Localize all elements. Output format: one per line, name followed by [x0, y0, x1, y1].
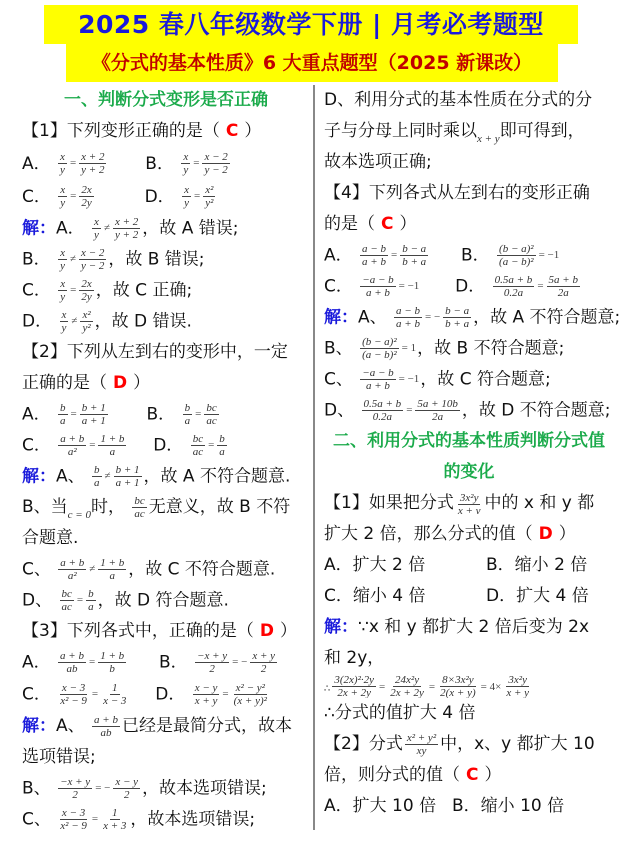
question-1-options-ab: A． xy=x + 2y + 2 B． xy=x − 2y − 2: [22, 147, 310, 180]
question-text: 中的 x 和 y 都: [485, 493, 595, 513]
numerator: 3x²y: [458, 492, 481, 505]
denominator: y: [58, 291, 67, 303]
option-label: B、: [324, 339, 353, 359]
denominator: (a − b)²: [497, 256, 536, 268]
denominator: 2: [259, 663, 269, 675]
fraction: 3x²yx + y: [504, 674, 531, 698]
fraction: a + ba²: [58, 557, 86, 582]
numerator: x² − y²: [234, 682, 267, 695]
s2-question-2-stem-line2: 倍，则分式的值（C）: [324, 760, 614, 791]
fraction: x² + y²xy: [405, 732, 438, 757]
fraction: bcac: [191, 433, 205, 458]
solution-text: ∵x 和 y 都扩大 2 倍后变为 2x: [358, 617, 589, 637]
denominator: (a − b)²: [360, 349, 399, 361]
numerator: 5a + b: [547, 274, 580, 287]
denominator: ac: [132, 508, 146, 520]
numerator: 1: [110, 807, 120, 820]
option-label: B．: [145, 154, 174, 174]
numerator: x²: [80, 309, 92, 322]
numerator: x − 2: [79, 247, 106, 260]
solution-2-b-line1: B、当c = 0时， bcac无意义，故 B 不符: [22, 492, 310, 523]
solution-1-d: D． xy≠x²y²，故 D 错误.: [22, 306, 310, 337]
paren-close: ）: [399, 214, 416, 234]
numerator: x: [58, 184, 67, 197]
fraction: ba: [183, 402, 193, 427]
denominator: y + 2: [113, 229, 140, 241]
denominator: ab: [65, 663, 80, 675]
fraction: x − 3x² − 9: [58, 682, 89, 707]
fraction: a + ba²: [58, 433, 86, 458]
denominator: y: [182, 197, 191, 209]
solution-text: ，故 B 错误;: [108, 250, 204, 270]
equals: =: [537, 280, 543, 292]
solution-3-a-line2: 选项错误;: [22, 742, 310, 773]
fraction: a + bab: [92, 714, 120, 739]
question-3-options-cd: C． x − 3x² − 9=1x − 3 D． x − yx + y=x² −…: [22, 678, 310, 711]
denominator: x + y: [193, 695, 220, 707]
numerator: x − 3: [60, 807, 87, 820]
s2-solution-1-conclusion: ∴分式的值扩大 4 倍: [324, 698, 614, 729]
numerator: bc: [60, 588, 74, 601]
fraction: xy: [60, 309, 69, 334]
option-label: A．: [324, 246, 353, 266]
denominator: b + a: [400, 256, 428, 268]
option-label: A、: [56, 716, 85, 736]
right-column: D、利用分式的基本性质在分式的分 子与分母上同时乘以x + y即可得到， 故本选…: [324, 85, 614, 822]
paren-close: ）: [280, 621, 297, 641]
equals: =: [89, 656, 95, 668]
answer-letter: D: [533, 524, 559, 544]
numerator: a + b: [58, 650, 86, 663]
solution-2-a: 解：A、 ba≠b + 1a + 1，故 A 不符合题意.: [22, 461, 310, 492]
denominator: y: [58, 164, 67, 176]
numerator: a − b: [360, 243, 388, 256]
denominator: y²: [80, 322, 92, 334]
denominator: 2y: [79, 197, 93, 209]
fraction: x² − y²(x + y)²: [232, 682, 269, 707]
fraction: x²y²: [203, 184, 215, 209]
fraction: b − ab + a: [400, 243, 428, 268]
fraction: 0.5a + b0.2a: [362, 398, 404, 423]
denominator: a + b: [360, 256, 388, 268]
question-text: 【1】下列变形正确的是（: [22, 121, 220, 141]
numerator: a + b: [92, 714, 120, 727]
option-label: D．: [455, 277, 485, 297]
option-label: A．: [22, 405, 51, 425]
fraction: xy: [182, 184, 191, 209]
denominator: 2: [207, 663, 217, 675]
therefore-symbol: ∴: [324, 684, 330, 695]
equals: =: [70, 284, 76, 296]
numerator: (b − a)²: [360, 336, 399, 349]
page-subtitle: 《分式的基本性质》6 大重点题型（2025 新课改）: [66, 44, 558, 82]
numerator: b + 1: [114, 464, 142, 477]
section-2-heading-line1: 二、利用分式的基本性质判断分式值: [324, 426, 614, 457]
numerator: x + y: [250, 650, 277, 663]
solution-text: ，故本选项错误;: [142, 779, 267, 799]
option-label: C、: [324, 370, 353, 390]
question-2-stem-line1: 【2】下列从左到右的变形中，一定: [22, 337, 310, 368]
equals: = −1: [399, 373, 420, 385]
numerator: bc: [204, 402, 218, 415]
denominator: 0.2a: [502, 287, 525, 299]
option-a: A．扩大 2 倍: [324, 550, 486, 581]
solution-text: 无意义，故 B 不符: [149, 497, 290, 517]
denominator: a + 1: [114, 477, 142, 489]
fraction: x − 2y − 2: [202, 151, 229, 176]
option-b: B．缩小 10 倍: [452, 791, 564, 822]
denominator: a²: [66, 570, 79, 582]
solution-3-a-line1: 解：A、 a + bab已经是最简分式，故本: [22, 711, 310, 742]
numerator: x²: [203, 184, 215, 197]
fraction: 1 + bb: [98, 650, 126, 675]
numerator: (b − a)²: [497, 243, 536, 256]
solution-text: ，故 B 不符合题意;: [417, 339, 564, 359]
denominator: 2y: [79, 291, 93, 303]
s2-solution-1-equation: ∴3(2x)²·2y2x + 2y=24x²y2x + 2y=8×3x²y2(x…: [324, 674, 614, 698]
solution-2-d: D、 bcac=ba，故 D 符合题意.: [22, 585, 310, 616]
fraction: ba: [86, 588, 96, 613]
denominator: a: [92, 477, 102, 489]
option-a: A． xy=x + 2y + 2: [22, 154, 114, 174]
solution-text: B、当: [22, 497, 68, 517]
numerator: x − 3: [60, 682, 87, 695]
numerator: x + 2: [79, 151, 106, 164]
numerator: x² + y²: [405, 732, 438, 745]
paren-close: ）: [133, 373, 150, 393]
s2-question-1-stem-line1: 【1】如果把分式3x²yx + y中的 x 和 y 都: [324, 488, 614, 519]
numerator: x − y: [113, 776, 140, 789]
question-2-options-cd: C． a + ba²=1 + ba D． bcac=ba: [22, 430, 310, 461]
fraction: x − 2y − 2: [79, 247, 106, 272]
denominator: y: [58, 260, 67, 272]
not-equals: ≠: [104, 222, 110, 234]
fraction: 1x + 3: [101, 807, 128, 832]
numerator: x: [182, 184, 191, 197]
numerator: −a − b: [360, 274, 395, 287]
numerator: bc: [132, 495, 146, 508]
question-2-stem-line2: 正确的是（D）: [22, 368, 310, 399]
numerator: 3(2x)²·2y: [332, 674, 376, 687]
denominator: xy: [415, 745, 429, 757]
solution-text: 子与分母上同时乘以: [324, 121, 477, 141]
option-label: A．: [56, 219, 85, 239]
numerator: b: [58, 402, 68, 415]
question-3-options-ab: A． a + bab=1 + bb B． −x + y2= −x + y2: [22, 647, 310, 678]
option-label: D、: [324, 401, 354, 421]
numerator: 0.5a + b: [493, 274, 535, 287]
fraction: x − 3x² − 9: [58, 807, 89, 832]
denominator: a + b: [364, 287, 392, 299]
fraction: b + 1a + 1: [80, 402, 108, 427]
fraction: bcac: [132, 495, 146, 520]
solution-text: 时，: [91, 497, 125, 517]
numerator: b: [86, 588, 96, 601]
denominator: x + y: [456, 505, 483, 514]
solution-label: 解：: [22, 219, 56, 239]
solution-text: ，故本选项错误;: [130, 810, 255, 830]
answer-letter: C: [220, 121, 244, 141]
equals: =: [194, 190, 200, 202]
fraction: −a − ba + b: [360, 274, 395, 299]
numerator: 2x: [79, 184, 93, 197]
fraction: 2x2y: [79, 184, 93, 209]
denominator: a: [107, 570, 117, 582]
option-label: C．: [22, 281, 51, 301]
denominator: a²: [66, 446, 79, 458]
question-text: 倍，则分式的值（: [324, 765, 460, 785]
option-c: C．缩小 4 倍: [324, 581, 486, 612]
option-label: B．: [159, 653, 188, 673]
numerator: 8×3x²y: [440, 674, 476, 687]
fraction: b + 1a + 1: [114, 464, 142, 489]
solution-text: ，故 C 正确;: [96, 281, 192, 301]
fraction: xy: [58, 151, 67, 176]
fraction: a − ba + b: [360, 243, 388, 268]
equals: =: [70, 157, 76, 169]
question-4-options-cd: C． −a − ba + b= −1 D． 0.5a + b0.2a=5a + …: [324, 271, 614, 302]
solution-text: ，故 D 不符合题意;: [462, 401, 611, 421]
option-label: D．: [145, 187, 175, 207]
denominator: 2a: [430, 411, 445, 423]
numerator: −x + y: [195, 650, 229, 663]
denominator: b + a: [443, 318, 471, 330]
numerator: b: [92, 464, 102, 477]
numerator: a + b: [58, 433, 86, 446]
paren-close: ）: [244, 121, 261, 141]
question-text: 的是（: [324, 214, 375, 234]
fraction: x + 2y + 2: [79, 151, 106, 176]
numerator: −x + y: [58, 776, 92, 789]
question-text: 【2】分式: [324, 734, 403, 754]
solution-text: 即可得到，: [500, 121, 585, 141]
fraction: b − ab + a: [443, 305, 471, 330]
fraction: xy: [58, 278, 67, 303]
solution-label: 解：: [22, 716, 56, 736]
numerator: x: [92, 216, 101, 229]
denominator: y: [181, 164, 190, 176]
equals: =: [193, 157, 199, 169]
numerator: 1: [110, 682, 120, 695]
numerator: b: [183, 402, 193, 415]
numerator: b + 1: [80, 402, 108, 415]
fraction: 24x²y2x + 2y: [388, 674, 426, 698]
numerator: 5a + 10b: [415, 398, 459, 411]
denominator: ab: [99, 727, 114, 739]
fraction: 1 + ba: [98, 557, 126, 582]
numerator: x − y: [193, 682, 220, 695]
numerator: b − a: [443, 305, 471, 318]
denominator: a: [58, 415, 68, 427]
option-label: A、: [358, 308, 387, 328]
left-column: 一、判断分式变形是否正确 【1】下列变形正确的是（C） A． xy=x + 2y…: [22, 85, 310, 835]
option-label: C、: [22, 560, 51, 580]
column-divider: [313, 85, 315, 830]
paren-close: ）: [559, 524, 576, 544]
question-text: 正确的是（: [22, 373, 107, 393]
equals: =: [70, 190, 76, 202]
answer-letter: D: [107, 373, 133, 393]
s2-question-1-stem-line2: 扩大 2 倍，那么分式的值（D）: [324, 519, 614, 550]
answer-letter: D: [254, 621, 280, 641]
denominator: x − 3: [101, 695, 128, 707]
s2-solution-1-line1: 解：∵x 和 y 都扩大 2 倍后变为 2x: [324, 612, 614, 643]
question-text: 【3】下列各式中，正确的是（: [22, 621, 254, 641]
solution-text: ，故 D 错误.: [95, 312, 192, 332]
numerator: b − a: [400, 243, 428, 256]
denominator: y: [58, 197, 67, 209]
answer-letter: C: [375, 214, 399, 234]
numerator: 3x²y: [506, 674, 529, 687]
fraction: 3x²yx + y: [456, 492, 483, 514]
option-a: A．扩大 10 倍: [324, 791, 452, 822]
fraction: 8×3x²y2(x + y): [438, 674, 478, 698]
solution-3-c: C、 x − 3x² − 9=1x + 3，故本选项错误;: [22, 804, 310, 835]
option-c: C． xy=2x2y: [22, 187, 101, 207]
denominator: a + b: [394, 318, 422, 330]
denominator: 2: [122, 789, 132, 801]
denominator: a: [86, 601, 96, 613]
solution-4-d: D、 0.5a + b0.2a=5a + 10b2a，故 D 不符合题意;: [324, 395, 614, 426]
denominator: x² − 9: [58, 820, 89, 832]
option-d: D． xy=x²y²: [145, 187, 218, 207]
option-d: D．扩大 4 倍: [486, 581, 589, 612]
denominator: y: [92, 229, 101, 241]
numerator: x − 2: [202, 151, 229, 164]
denominator: 2(x + y): [438, 687, 478, 698]
option-label: D．: [22, 312, 52, 332]
s2-question-1-options-cd: C．缩小 4 倍D．扩大 4 倍: [324, 581, 614, 612]
denominator: ac: [60, 601, 74, 613]
equals: = −1: [399, 280, 420, 292]
fraction: 0.5a + b0.2a: [493, 274, 535, 299]
question-1-options-cd: C． xy=2x2y D． xy=x²y²: [22, 180, 310, 213]
option-label: C．: [324, 277, 353, 297]
denominator: x + 3: [101, 820, 128, 832]
numerator: b: [217, 433, 227, 446]
denominator: a: [108, 446, 118, 458]
fraction: −x + y2: [195, 650, 229, 675]
option-b: B．缩小 2 倍: [486, 550, 587, 581]
denominator: y: [60, 322, 69, 334]
fraction: x + y2: [250, 650, 277, 675]
denominator: 0.2a: [371, 411, 394, 423]
question-4-stem-line2: 的是（C）: [324, 209, 614, 240]
numerator: 0.5a + b: [362, 398, 404, 411]
solution-3-d-line1: D、利用分式的基本性质在分式的分: [324, 85, 614, 116]
equals: =: [222, 688, 228, 700]
solution-3-d-line3: 故本选项正确;: [324, 147, 614, 178]
fraction: 5a + b2a: [547, 274, 580, 299]
solution-4-c: C、 −a − ba + b= −1，故 C 符合题意;: [324, 364, 614, 395]
option-label: C．: [22, 436, 51, 456]
fraction: −a − ba + b: [360, 367, 395, 392]
denominator: (x + y)²: [232, 695, 269, 707]
denominator: a + b: [364, 380, 392, 392]
math-expression: x + y: [477, 133, 500, 145]
fraction: (b − a)²(a − b)²: [360, 336, 399, 361]
s2-question-1-options-ab: A．扩大 2 倍B．缩小 2 倍: [324, 550, 614, 581]
fraction: ba: [92, 464, 102, 489]
paren-close: ）: [484, 765, 501, 785]
denominator: x + y: [504, 687, 531, 698]
numerator: −a − b: [360, 367, 395, 380]
equals: =: [406, 404, 412, 416]
denominator: y − 2: [79, 260, 106, 272]
option-label: B．: [461, 246, 490, 266]
solution-2-c: C、 a + ba²≠1 + ba，故 C 不符合题意.: [22, 554, 310, 585]
question-3-stem: 【3】下列各式中，正确的是（D）: [22, 616, 310, 647]
question-4-stem-line1: 【4】下列各式从左到右的变形正确: [324, 178, 614, 209]
denominator: a: [217, 446, 227, 458]
equals: =: [92, 813, 98, 825]
denominator: ac: [191, 446, 205, 458]
numerator: 1 + b: [98, 650, 126, 663]
numerator: a − b: [394, 305, 422, 318]
fraction: x + 2y + 2: [113, 216, 140, 241]
denominator: a + 1: [80, 415, 108, 427]
solution-text: ，故 C 符合题意;: [420, 370, 550, 390]
question-text: 扩大 2 倍，那么分式的值（: [324, 524, 533, 544]
fraction: 3(2x)²·2y2x + 2y: [332, 674, 376, 698]
not-equals: ≠: [71, 315, 77, 327]
solution-label: 解：: [324, 308, 358, 328]
fraction: −x + y2: [58, 776, 92, 801]
s2-question-2-stem-line1: 【2】分式x² + y²xy中，x、y 都扩大 10: [324, 729, 614, 760]
fraction: (b − a)²(a − b)²: [497, 243, 536, 268]
option-b: B． xy=x − 2y − 2: [145, 154, 232, 174]
denominator: y²: [203, 197, 215, 209]
option-label: A．: [22, 154, 51, 174]
numerator: 2x: [79, 278, 93, 291]
numerator: 24x²y: [393, 674, 421, 687]
fraction: ba: [217, 433, 227, 458]
numerator: x: [181, 151, 190, 164]
solution-text: ，故 A 不符合题意.: [144, 467, 291, 487]
fraction: 1x − 3: [101, 682, 128, 707]
option-label: A．: [22, 653, 51, 673]
question-text: 中，x、y 都扩大 10: [440, 734, 595, 754]
numerator: x: [58, 151, 67, 164]
option-label: C、: [22, 810, 51, 830]
question-4-options-ab: A． a − ba + b=b − ab + a B． (b − a)²(a −…: [324, 240, 614, 271]
denominator: 2x + 2y: [335, 687, 373, 698]
fraction: a + bab: [58, 650, 86, 675]
denominator: b: [107, 663, 117, 675]
denominator: 2: [70, 789, 80, 801]
option-label: B、: [22, 779, 51, 799]
option-label: D．: [155, 685, 185, 705]
section-2-heading-line2: 的变化: [324, 457, 614, 488]
solution-4-a: 解：A、 a − ba + b= −b − ab + a，故 A 不符合题意;: [324, 302, 614, 333]
fraction: 5a + 10b2a: [415, 398, 459, 423]
s2-question-2-options-ab: A．扩大 10 倍B．缩小 10 倍: [324, 791, 614, 822]
option-label: C．: [22, 685, 51, 705]
solution-text: 已经是最简分式，故本: [122, 716, 292, 736]
option-label: B．: [147, 405, 176, 425]
equals: =: [92, 688, 98, 700]
denominator: 2x + 2y: [388, 687, 426, 698]
solution-label: 解：: [22, 467, 56, 487]
fraction: 2x2y: [79, 278, 93, 303]
numerator: x: [58, 247, 67, 260]
fraction: xy: [58, 247, 67, 272]
fraction: xy: [58, 184, 67, 209]
solution-text: ，故 C 不符合题意.: [128, 560, 275, 580]
page-title: 2025 春八年级数学下册 | 月考必考题型: [44, 5, 578, 44]
option-label: D．: [153, 436, 183, 456]
numerator: x + 2: [113, 216, 140, 229]
